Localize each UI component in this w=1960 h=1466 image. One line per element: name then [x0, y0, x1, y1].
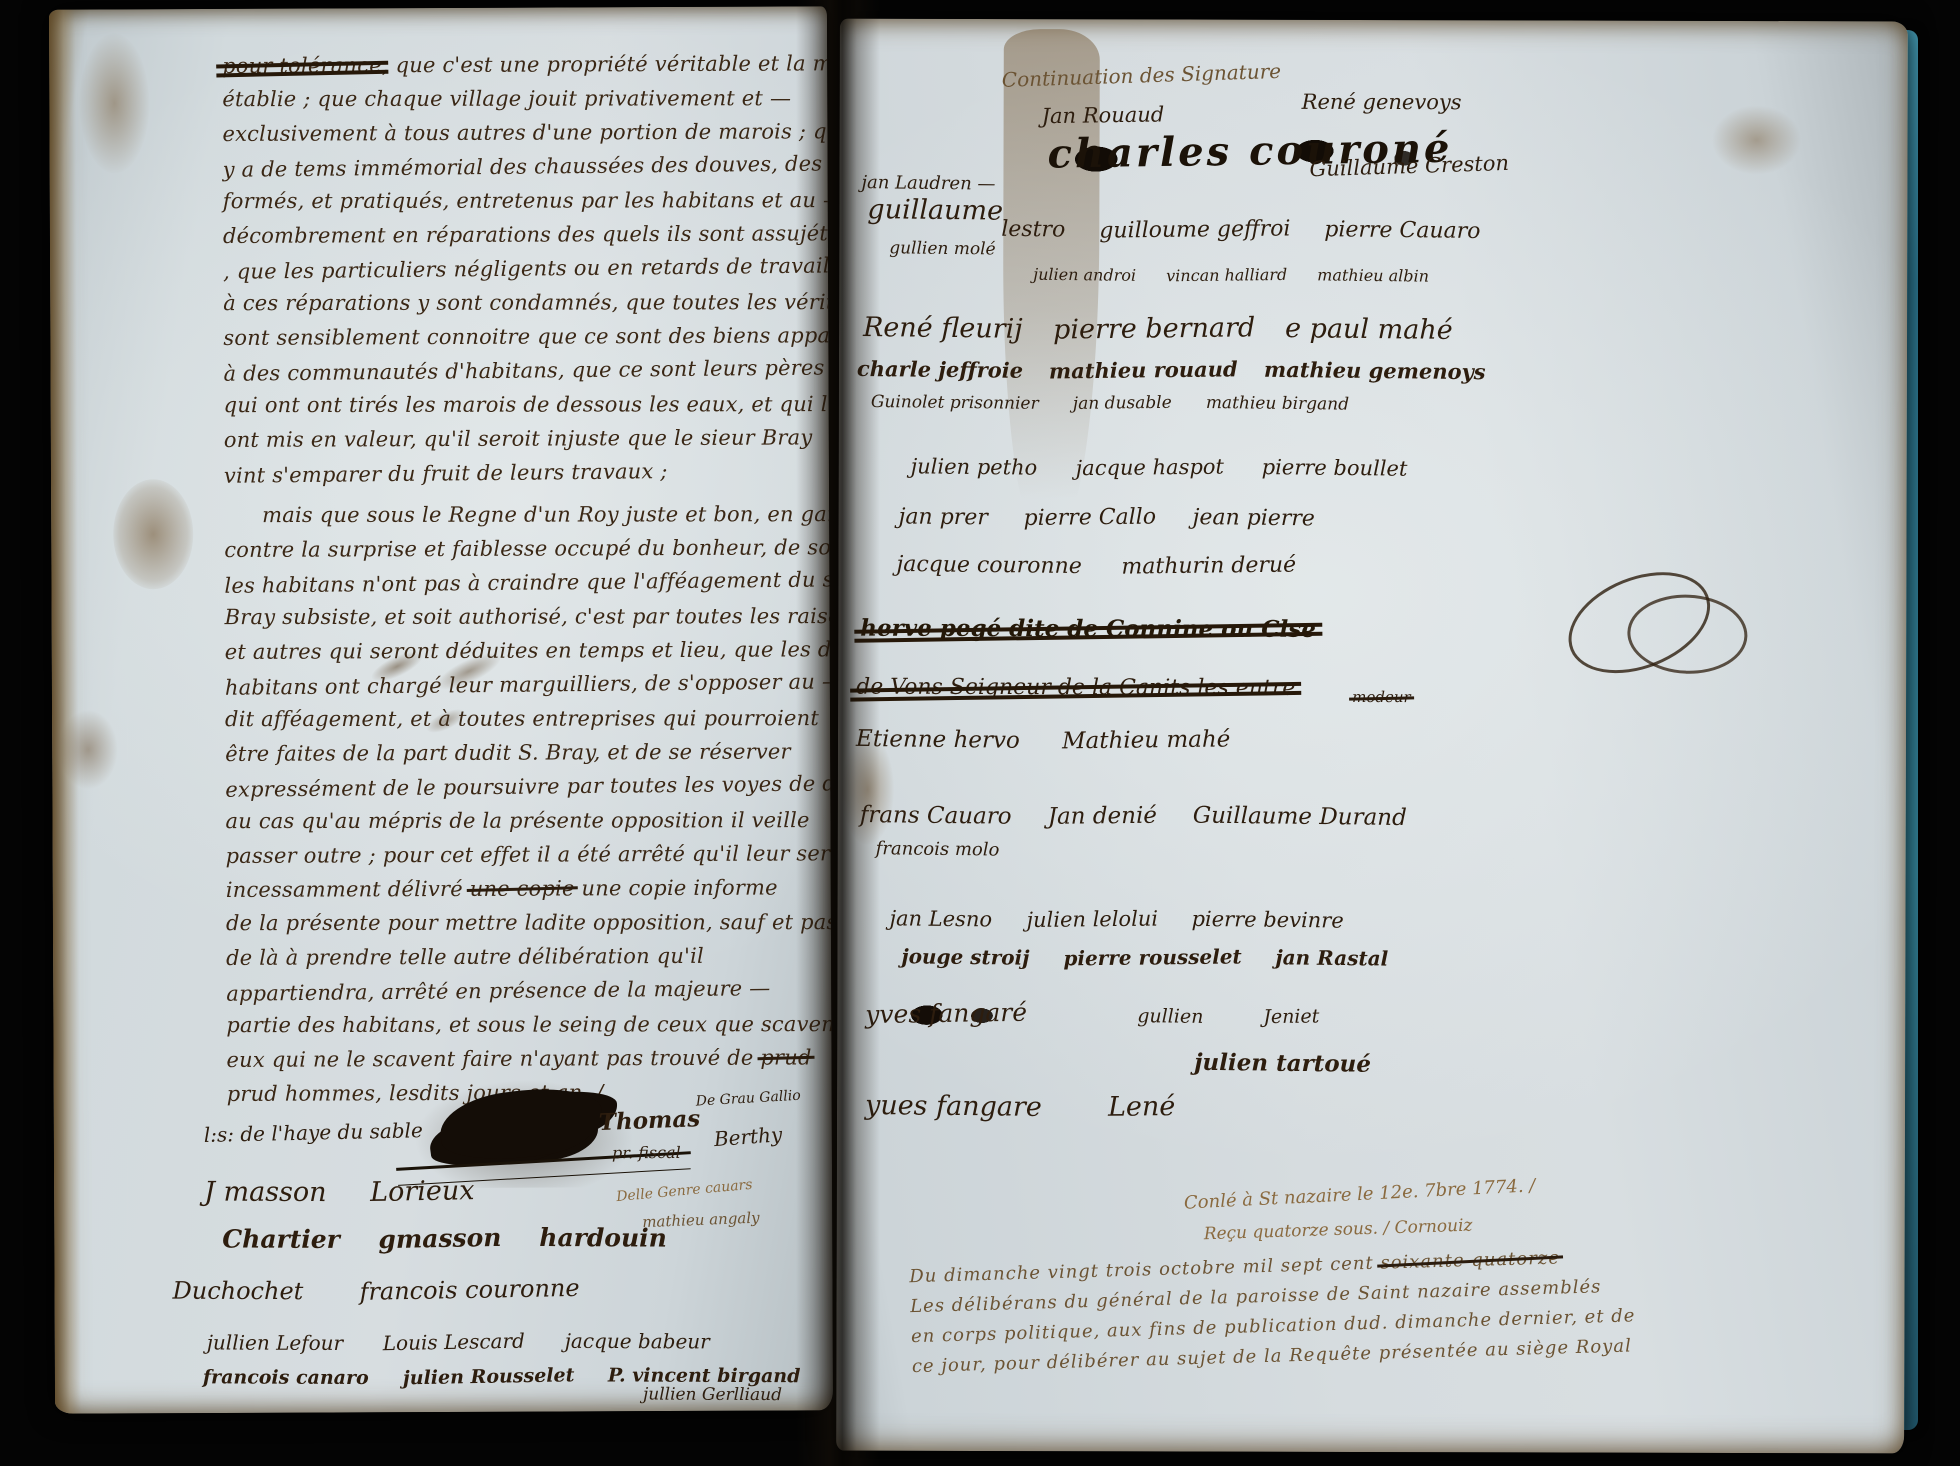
text-line: eux qui ne le scavent faire n'ayant pas … [226, 1040, 826, 1077]
signature: gmasson [378, 1223, 502, 1254]
stain [79, 33, 150, 173]
signature: jan Rastal [1276, 945, 1389, 970]
signature-row: René fleurijpierre bernarde paul mahé [863, 313, 1452, 346]
struck-words: soixante quatorze [1380, 1243, 1560, 1278]
text-fragment: une copie informe [575, 876, 778, 901]
signature: Guinolet prisonnier [871, 392, 1039, 414]
signature: Lené [1108, 1091, 1176, 1123]
text-line: dit afféagement, et à toutes entreprises… [225, 701, 825, 736]
signature: Chartier [222, 1224, 340, 1254]
signature: vincan halliard [1166, 265, 1287, 285]
signature: jacque haspot [1075, 455, 1223, 481]
paragraph-1: établie ; que chaque village jouit priva… [222, 80, 824, 491]
struck-signature: de Vons Seigneur de la Canits les entre [856, 675, 1295, 701]
signature: Jan Rouaud [1041, 102, 1164, 128]
right-page: Continuation des Signature Jan Rouaud Re… [836, 19, 1908, 1454]
signature: julien tartoué [1194, 1049, 1371, 1078]
text-line: au cas qu'au mépris de la présente oppos… [225, 803, 825, 838]
text-line: incessamment délivré une copie une copie… [226, 870, 826, 907]
stain [113, 479, 193, 589]
signature-row: jouge stroijpierre rousseletjan Rastal [901, 945, 1388, 970]
signature-row: julien pethojacque haspotpierre boullet [911, 455, 1408, 480]
text-line: vint s'emparer du fruit de leurs travaux… [224, 452, 824, 492]
signature: jacque babeur [565, 1329, 710, 1354]
spine-deckle-edge [49, 10, 81, 1414]
text-line: mais que sous le Regne d'un Roy juste et… [224, 497, 824, 532]
signature-row: guillaume [867, 195, 1003, 226]
signature-row: gullien molé [889, 239, 995, 259]
signature: julien lelolui [1026, 907, 1158, 932]
text-line: appartiendra, arrêté en présence de la m… [226, 970, 826, 1010]
signature-row: Etienne hervoMathieu mahé [856, 727, 1230, 754]
signature: jan prer [898, 504, 988, 530]
struck-signature: modeur [1352, 688, 1411, 706]
signature: jan Lesno [889, 906, 992, 931]
stain [58, 709, 118, 789]
signature-row: yues fangareLené [865, 1091, 1175, 1123]
text-line: à ces réparations y sont condamnés, que … [223, 285, 823, 320]
signature: René fleurij [863, 312, 1023, 345]
text-line: de là à prendre telle autre délibération… [226, 938, 826, 975]
signature: Thomas [598, 1105, 700, 1136]
signature: lestro [1001, 217, 1065, 243]
signature-row: jan Lesnojulien leloluipierre bevinre [889, 907, 1343, 932]
text-line: contre la surprise et faiblesse occupé d… [224, 530, 824, 567]
signature: gullien molé [889, 238, 996, 259]
signature: guilloume geffroi [1099, 216, 1290, 243]
section-header: Continuation des Signature [1001, 59, 1281, 92]
signature: jullien Lefour [207, 1330, 343, 1355]
signature: julien androi [1033, 265, 1136, 285]
signature-row: charle jeffroiemathieu rouaudmathieu gem… [857, 357, 1485, 384]
closing-mark: l:s: de l'haye du sable [204, 1118, 423, 1147]
signature: julien Rousselet [403, 1364, 575, 1389]
text-fragment: eux qui ne le scavent faire n'ayant pas … [226, 1046, 760, 1072]
signature: mathieu albin [1317, 265, 1429, 285]
struck-words: une copie [470, 871, 575, 905]
signature: mathurin derué [1122, 553, 1297, 580]
signature: Etienne hervo [856, 726, 1020, 754]
signature: pierre bernard [1052, 312, 1254, 345]
text-line: ont mis en valeur, qu'il seroit injuste … [224, 420, 824, 457]
signature-row: julien tartoué [1194, 1050, 1371, 1077]
text-line: exclusivement à tous autres d'une portio… [222, 114, 822, 151]
text-line: habitans ont chargé leur marguilliers, d… [225, 664, 825, 704]
footer-paragraph: Du dimanche vingt trois octobre mil sept… [909, 1241, 1637, 1382]
signature: René genevoys [1302, 90, 1462, 114]
signature: francois canaro [203, 1366, 369, 1389]
signature: mathieu gemenoys [1264, 357, 1486, 385]
signature-row: Duchochetfrancois couronne [172, 1275, 579, 1305]
control-annotation: Reçu quatorze sous. / Cornouiz [1203, 1216, 1472, 1245]
signature-row: francois molo [876, 839, 1000, 860]
signature: Jan denié [1047, 803, 1156, 830]
signature-row: jacque couronnemathurin derué [896, 553, 1296, 579]
signature: pierre boullet [1261, 455, 1407, 481]
signature-row: lestroguilloume geffroipierre Cauaro [1001, 217, 1480, 243]
signature: gullien [1137, 1005, 1203, 1028]
signature: frans Cauaro [860, 802, 1012, 830]
signature-row: gullienJeniet [1137, 1005, 1319, 1027]
signature: Guillaume Creston [1309, 151, 1509, 181]
text-line: les habitans n'ont pas à craindre que l'… [224, 562, 824, 602]
signature-row: jullien LefourLouis Lescardjacque babeur [207, 1329, 711, 1355]
signature-title: pr. fiscal [612, 1143, 681, 1162]
stain [1711, 105, 1801, 175]
signature: Lorieux [370, 1175, 475, 1208]
struck-words: pour tolérance [222, 48, 382, 83]
text-line: de la présente pour mettre ladite opposi… [226, 905, 826, 940]
struck-words: prud [760, 1040, 811, 1074]
signature-row: frans CauaroJan deniéGuillaume Durand [860, 803, 1407, 830]
text-line: Bray subsiste, et soit authorisé, c'est … [225, 599, 825, 634]
signature: pierre bevinre [1192, 907, 1344, 933]
left-page: pour tolérance, que c'est une propriété … [49, 6, 833, 1413]
signature: jullien Gerlliaud [643, 1385, 782, 1406]
signature: mathieu rouaud [1049, 356, 1238, 383]
signature: jan Laudren — [861, 172, 995, 195]
signature: jouge stroij [901, 944, 1029, 969]
signature: pierre Cauaro [1324, 217, 1480, 244]
text-line: , que les particuliers négligents ou en … [223, 248, 823, 288]
signature-row: Chartiergmassonhardouin [222, 1223, 666, 1254]
signature: Louis Lescard [383, 1329, 526, 1356]
signature-row: jullien Gerlliaud [643, 1385, 782, 1406]
text-line: sont sensiblement connoitre que ce sont … [223, 318, 823, 355]
text-line: formés, et pratiqués, entretenus par les… [223, 183, 823, 218]
paragraph-2-cont: de la présente pour mettre ladite opposi… [226, 904, 827, 1043]
text-line: expressément de le poursuivre par toutes… [225, 766, 825, 806]
signature: francois couronne [359, 1274, 580, 1306]
text-line: à des communautés d'habitans, que ce son… [223, 350, 823, 390]
signature: jean pierre [1192, 505, 1315, 531]
signature: mathieu angaly [642, 1209, 760, 1232]
text-line: être faites de la part dudit S. Bray, et… [225, 734, 825, 771]
signature: pierre Callo [1024, 505, 1157, 532]
signature: Guillaume Durand [1193, 803, 1407, 831]
text-line: et autres qui seront déduites en temps e… [225, 632, 825, 669]
signature-row: Guinolet prisonnierjan dusablemathieu bi… [871, 393, 1349, 414]
signature: yues fangare [865, 1090, 1042, 1123]
signature-row: jan prerpierre Callojean pierre [899, 505, 1315, 531]
control-annotation: Conlé à St nazaire le 12e. 7bre 1774. / [1183, 1175, 1535, 1213]
signature: Mathieu mahé [1062, 726, 1231, 754]
signature: Berthy [713, 1122, 783, 1151]
signature: mathieu birgand [1205, 393, 1348, 415]
manuscript-scan: pour tolérance, que c'est une propriété … [0, 0, 1960, 1466]
text-line: établie ; que chaque village jouit priva… [222, 81, 822, 116]
text-line: partie des habitans, et sous le seing de… [226, 1007, 826, 1042]
signature: e paul mahé [1285, 313, 1453, 346]
text-fragment: , que c'est une propriété véritable et l… [382, 51, 833, 77]
flourish-loops [1543, 556, 1758, 702]
signature: jacque couronne [896, 552, 1082, 579]
text-line: qui ont ont tirés les marois de dessous … [224, 387, 824, 422]
signature: J masson [204, 1177, 327, 1209]
signature: julien petho [911, 454, 1038, 479]
struck-signature: herve pegé dite de Connine ou Clse [860, 615, 1316, 643]
signature: guillaume [867, 194, 1003, 227]
text-line: pour tolérance, que c'est une propriété … [222, 46, 822, 83]
signature-row: J massonLorieux [204, 1176, 475, 1208]
signature: francois molo [876, 838, 1000, 860]
signature: charle jeffroie [857, 356, 1023, 383]
signature: pierre rousselet [1063, 944, 1242, 970]
signature: jan dusable [1073, 393, 1172, 414]
text-fragment: incessamment délivré [226, 877, 470, 902]
text-line: décombrement en réparations des quels il… [223, 216, 823, 253]
signature-blotted: yves fangaré [865, 998, 1027, 1029]
text-line: passer outre ; pour cet effet il a été a… [226, 836, 826, 873]
deliberation-text: pour tolérance, que c'est une propriété … [222, 46, 827, 1111]
signature-row: julien androivincan halliardmathieu albi… [1033, 265, 1429, 285]
signature: Delle Genre cauars [616, 1177, 753, 1205]
signature: Duchochet [172, 1277, 303, 1306]
signature-row: jan Laudren — [861, 173, 995, 194]
text-line: y a de tems immémorial des chaussées des… [222, 146, 822, 186]
signature: Jeniet [1263, 1005, 1319, 1028]
paragraph-2: mais que sous le Regne d'un Roy juste et… [224, 496, 826, 873]
